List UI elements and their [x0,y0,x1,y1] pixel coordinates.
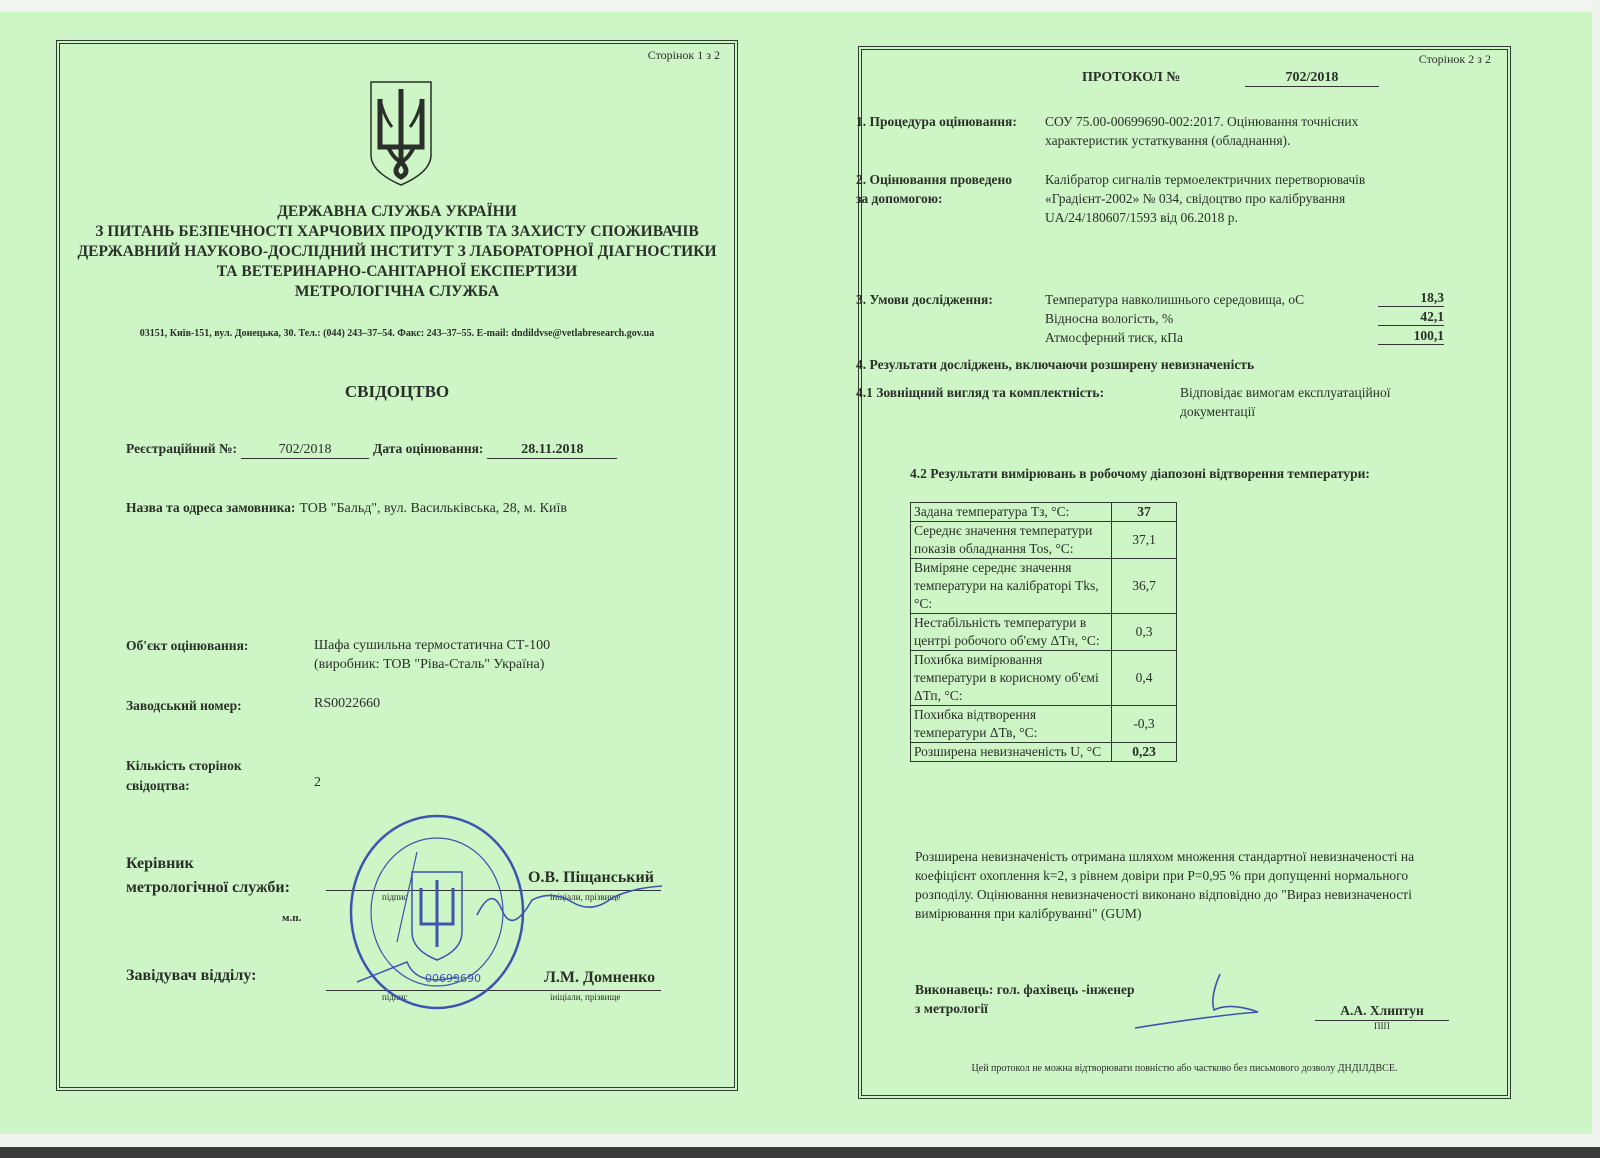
quantity-cell: Похибка вимірювання температури в корисн… [911,651,1112,706]
pages-label-line: свідоцтва: [126,776,242,796]
protocol-page: Сторінок 2 з 2 ПРОТОКОЛ № 702/2018 1. Пр… [858,46,1511,1099]
org-line: ДЕРЖАВНИЙ НАУКОВО-ДОСЛІДНИЙ ІНСТИТУТ З Л… [60,242,734,262]
quantity-cell: Задана температура Тз, °С: [911,503,1112,522]
scan-bottom-edge [0,1134,1600,1158]
registration-label: Реєстраційний №: [126,441,237,456]
registration-row: Реєстраційний №: 702/2018 Дата оцінюванн… [126,440,617,459]
conducted-label-line: 2. Оцінювання проведено [856,170,1012,189]
org-line: ДЕРЖАВНА СЛУЖБА УКРАЇНИ [60,202,734,222]
conditions-list: Температура навколишнього середовища, оС… [1045,290,1304,347]
procedure-line: характеристик устаткування (обладнання). [1045,131,1358,150]
quantity-cell: Похибка відтворення температури ΔТв, °С: [911,706,1112,743]
condition-name: Температура навколишнього середовища, оС [1045,290,1304,309]
dept-label: Завідувач відділу: [126,964,256,988]
object-value: Шафа сушильна термостатична СТ-100 (виро… [314,636,550,674]
quantity-cell: Середнє значення температури показів обл… [911,522,1112,559]
name-caption: ініціали, прізвище [550,992,620,1002]
value-cell: 0,23 [1112,743,1177,762]
value-cell: 37,1 [1112,522,1177,559]
registration-number: 702/2018 [241,442,369,459]
performer-caption: ПІП [1315,1021,1449,1031]
conducted-line: UA/24/180607/1593 від 06.2018 р. [1045,208,1365,227]
handwritten-signature-icon [1130,972,1280,1032]
protocol-title: ПРОТОКОЛ № [1082,70,1180,86]
uncertainty-note: Розширена невизначеність отримана шляхом… [915,847,1455,923]
date-label: Дата оцінювання: [373,441,483,456]
pages-label-line: Кількість сторінок [126,756,242,776]
object-label: Об'єкт оцінювання: [126,638,248,654]
organization-header: ДЕРЖАВНА СЛУЖБА УКРАЇНИ З ПИТАНЬ БЕЗПЕЧН… [60,202,734,302]
protocol-footer: Цей протокол не можна відтворювати повні… [862,1063,1507,1074]
document-title: СВІДОЦТВО [60,382,734,402]
serial-value: RS0022660 [314,696,380,712]
performer-label-line: з метрології [915,999,1135,1018]
table-row: Нестабільність температури в центрі робо… [911,614,1177,651]
appearance-line: Відповідає вимогам експлуатаційної [1180,383,1390,402]
head-label-line: Керівник [126,852,290,876]
conducted-label-line: за допомогою: [856,189,1012,208]
quantity-cell: Розширена невизначеність U, °С [911,743,1112,762]
serial-label: Заводський номер: [126,698,242,714]
scan-top-edge [0,0,1600,12]
table-row: Середнє значення температури показів обл… [911,522,1177,559]
conducted-label: 2. Оцінювання проведено за допомогою: [856,170,1012,208]
head-label-line: метрологічної служби: [126,876,290,900]
customer-label: Назва та одреса замовника: [126,500,295,515]
appearance-value: Відповідає вимогам експлуатаційної докум… [1180,383,1390,421]
handwritten-signature-icon [472,880,672,920]
page-number: Сторінок 2 з 2 [1419,52,1491,67]
org-line: МЕТРОЛОГІЧНА СЛУЖБА [60,282,734,302]
evaluation-date: 28.11.2018 [487,442,617,459]
certificate-page: Сторінок 1 з 2 ДЕРЖАВНА СЛУЖБА УКРАЇНИ З… [56,40,738,1091]
results-heading: 4. Результати досліджень, включаючи розш… [856,355,1254,374]
performer-label-line: Виконавець: гол. фахівець -інженер [915,980,1135,999]
pages-value: 2 [314,775,321,791]
table-row: Виміряне середнє значення температури на… [911,559,1177,614]
table-row: Похибка вимірювання температури в корисн… [911,651,1177,706]
procedure-label: 1. Процедура оцінювання: [856,112,1017,131]
measurements-heading: 4.2 Результати вимірювань в робочому діа… [910,464,1370,483]
dept-name: Л.М. Домненко [544,966,655,990]
page-number: Сторінок 1 з 2 [648,48,720,63]
scan-right-edge [1592,0,1600,1158]
condition-value: 18,3 [1378,290,1444,307]
performer-name: А.А. Хлиптун [1315,1001,1449,1021]
procedure-line: СОУ 75.00-00699690-002:2017. Оцінювання … [1045,112,1358,131]
head-label: Керівник метрологічної служби: [126,852,290,900]
value-cell: -0,3 [1112,706,1177,743]
appearance-line: документації [1180,402,1390,421]
procedure-value: СОУ 75.00-00699690-002:2017. Оцінювання … [1045,112,1358,150]
conditions-label: 3. Умови дослідження: [856,290,993,309]
value-cell: 37 [1112,503,1177,522]
condition-value: 100,1 [1378,328,1444,345]
quantity-cell: Нестабільність температури в центрі робо… [911,614,1112,651]
condition-name: Відносна вологість, % [1045,309,1304,328]
performer-label: Виконавець: гол. фахівець -інженер з мет… [915,980,1135,1018]
object-line: Шафа сушильна термостатична СТ-100 [314,636,550,655]
customer-row: Назва та одреса замовника: ТОВ "Бальд", … [126,499,567,517]
org-address: 03151, Київ-151, вул. Донецька, 30. Тел.… [60,328,734,339]
conducted-value: Калібратор сигналів термоелектричних пер… [1045,170,1365,227]
value-cell: 0,4 [1112,651,1177,706]
value-cell: 0,3 [1112,614,1177,651]
appearance-label: 4.1 Зовніщний вигляд та комплектність: [856,383,1104,402]
protocol-number: 702/2018 [1245,70,1379,87]
condition-value: 42,1 [1378,309,1444,326]
condition-name: Атмосферний тиск, кПа [1045,328,1304,347]
seal-caption: м.п. [282,912,301,924]
conducted-line: Калібратор сигналів термоелектричних пер… [1045,170,1365,189]
table-row: Розширена невизначеність U, °С0,23 [911,743,1177,762]
customer-value: ТОВ "Бальд", вул. Васильківська, 28, м. … [299,501,567,516]
org-line: З ПИТАНЬ БЕЗПЕЧНОСТІ ХАРЧОВИХ ПРОДУКТІВ … [60,222,734,242]
results-table: Задана температура Тз, °С:37Середнє знач… [910,502,1177,762]
table-row: Задана температура Тз, °С:37 [911,503,1177,522]
object-line: (виробник: ТОВ "Ріва-Сталь" Україна) [314,655,550,674]
quantity-cell: Виміряне середнє значення температури на… [911,559,1112,614]
trident-coat-of-arms-icon [366,77,436,187]
pages-label: Кількість сторінок свідоцтва: [126,756,242,796]
table-row: Похибка відтворення температури ΔТв, °С:… [911,706,1177,743]
org-line: ТА ВЕТЕРИНАРНО-САНІТАРНОЇ ЕКСПЕРТИЗИ [60,262,734,282]
value-cell: 36,7 [1112,559,1177,614]
conducted-line: «Градієнт-2002» № 034, свідоцтво про кал… [1045,189,1365,208]
